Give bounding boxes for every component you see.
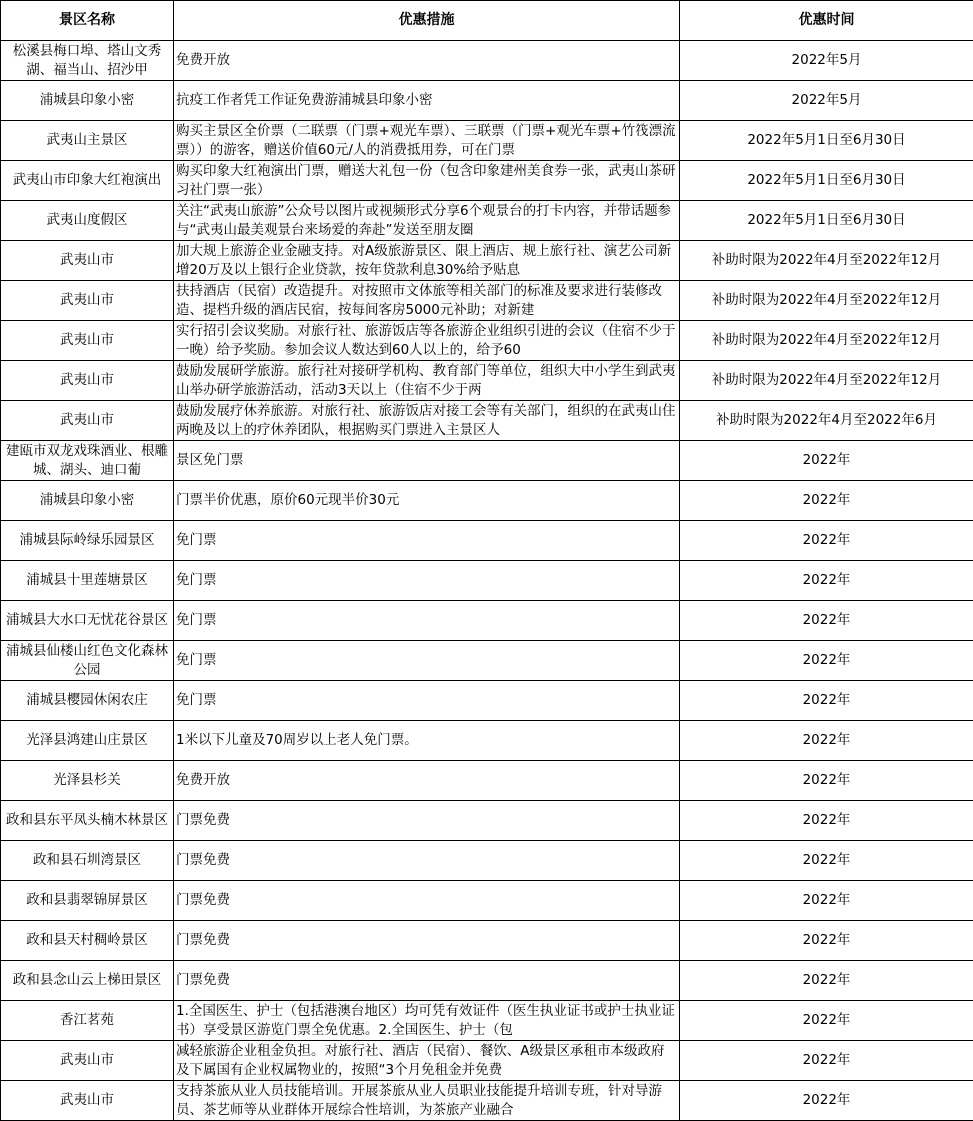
table-row: 武夷山度假区关注“武夷山旅游”公众号以图片或视频形式分享6个观景台的打卡内容，并… (1, 201, 973, 241)
scenic-name-cell: 浦城县十里莲塘景区 (1, 561, 174, 601)
table-row: 武夷山市减轻旅游企业租金负担。对旅行社、酒店（民宿）、餐饮、A级景区承租市本级政… (1, 1041, 973, 1081)
discount-time-cell-text: 2022年 (682, 651, 971, 670)
discount-measure-cell-text: 减轻旅游企业租金负担。对旅行社、酒店（民宿）、餐饮、A级景区承租市本级政府及下属… (176, 1042, 677, 1080)
discount-time-cell: 2022年 (680, 921, 973, 961)
scenic-name-cell: 政和县天村稠岭景区 (1, 921, 174, 961)
discount-time-cell-text: 补助时限为2022年4月至2022年12月 (682, 371, 971, 390)
discount-time-cell-text: 2022年 (682, 931, 971, 950)
scenic-name-cell: 政和县石圳湾景区 (1, 841, 174, 881)
discount-measure-cell: 免门票 (174, 641, 680, 681)
scenic-name-cell: 香江茗苑 (1, 1001, 174, 1041)
discount-time-cell: 2022年 (680, 721, 973, 761)
scenic-name-cell-text: 武夷山市 (3, 1051, 171, 1070)
scenic-name-cell: 政和县念山云上梯田景区 (1, 961, 174, 1001)
scenic-name-cell: 光泽县鸿建山庄景区 (1, 721, 174, 761)
table-row: 浦城县大水口无忧花谷景区免门票2022年 (1, 601, 973, 641)
discount-measure-cell: 购买印象大红袍演出门票，赠送大礼包一份（包含印象建州美食券一张，武夷山茶研习社门… (174, 161, 680, 201)
discount-time-cell-text: 2022年 (682, 531, 971, 550)
discount-table: 景区名称 优惠措施 优惠时间 松溪县梅口埠、塔山文秀湖、福当山、招沙甲免费开放2… (0, 0, 973, 1121)
scenic-name-cell: 浦城县大水口无忧花谷景区 (1, 601, 174, 641)
discount-time-cell-text: 2022年 (682, 731, 971, 750)
discount-measure-cell-text: 鼓励发展研学旅游。旅行社对接研学机构、教育部门等单位，组织大中小学生到武夷山举办… (176, 362, 677, 400)
discount-measure-cell: 减轻旅游企业租金负担。对旅行社、酒店（民宿）、餐饮、A级景区承租市本级政府及下属… (174, 1041, 680, 1081)
scenic-name-cell-text: 政和县天村稠岭景区 (3, 931, 171, 950)
discount-measure-cell-text: 免门票 (176, 611, 677, 630)
discount-time-cell: 2022年 (680, 441, 973, 481)
table-row: 浦城县樱园休闲农庄免门票2022年 (1, 681, 973, 721)
discount-time-cell: 2022年5月1日至6月30日 (680, 121, 973, 161)
discount-time-cell: 2022年5月1日至6月30日 (680, 201, 973, 241)
scenic-name-cell-text: 建瓯市双龙戏珠酒业、根雕城、湖头、迪口葡 (3, 442, 171, 480)
header-row: 景区名称 优惠措施 优惠时间 (1, 1, 973, 41)
scenic-name-cell-text: 武夷山市印象大红袍演出 (3, 171, 171, 190)
discount-measure-cell: 支持茶旅从业人员技能培训。开展茶旅从业人员职业技能提升培训专班，针对导游员、茶艺… (174, 1081, 680, 1121)
discount-time-cell: 2022年 (680, 801, 973, 841)
discount-measure-cell: 门票免费 (174, 961, 680, 1001)
scenic-name-cell-text: 武夷山市 (3, 251, 171, 270)
discount-time-cell: 2022年 (680, 761, 973, 801)
scenic-name-cell: 武夷山度假区 (1, 201, 174, 241)
discount-time-cell-text: 2022年 (682, 1091, 971, 1110)
scenic-name-cell: 武夷山市 (1, 401, 174, 441)
discount-time-cell: 2022年 (680, 601, 973, 641)
scenic-name-cell: 政和县东平凤头楠木林景区 (1, 801, 174, 841)
discount-measure-cell-text: 景区免门票 (176, 451, 677, 470)
scenic-name-cell: 建瓯市双龙戏珠酒业、根雕城、湖头、迪口葡 (1, 441, 174, 481)
table-row: 浦城县仙楼山红色文化森林公园免门票2022年 (1, 641, 973, 681)
discount-time-cell-text: 2022年 (682, 451, 971, 470)
table-row: 浦城县印象小密门票半价优惠，原价60元现半价30元2022年 (1, 481, 973, 521)
header-discount-time: 优惠时间 (680, 1, 973, 41)
discount-time-cell-text: 2022年 (682, 851, 971, 870)
table-row: 武夷山主景区购买主景区全价票（二联票（门票+观光车票）、三联票（门票+观光车票+… (1, 121, 973, 161)
discount-measure-cell-text: 鼓励发展疗休养旅游。对旅行社、旅游饭店对接工会等有关部门，组织的在武夷山住两晚及… (176, 402, 677, 440)
table-row: 香江茗苑1.全国医生、护士（包括港澳台地区）均可凭有效证件（医生执业证书或护士执… (1, 1001, 973, 1041)
discount-measure-cell-text: 关注“武夷山旅游”公众号以图片或视频形式分享6个观景台的打卡内容，并带话题参与“… (176, 202, 677, 240)
discount-time-cell-text: 补助时限为2022年4月至2022年12月 (682, 251, 971, 270)
discount-measure-cell: 门票免费 (174, 841, 680, 881)
table-row: 政和县念山云上梯田景区门票免费2022年 (1, 961, 973, 1001)
scenic-name-cell: 武夷山市印象大红袍演出 (1, 161, 174, 201)
scenic-name-cell-text: 武夷山市 (3, 411, 171, 430)
discount-measure-cell-text: 门票免费 (176, 811, 677, 830)
discount-measure-cell-text: 加大规上旅游企业金融支持。对A级旅游景区、限上酒店、规上旅行社、演艺公司新增20… (176, 242, 677, 280)
discount-measure-cell: 1米以下儿童及70周岁以上老人免门票。 (174, 721, 680, 761)
scenic-name-cell: 浦城县仙楼山红色文化森林公园 (1, 641, 174, 681)
table-body: 松溪县梅口埠、塔山文秀湖、福当山、招沙甲免费开放2022年5月浦城县印象小密抗疫… (1, 41, 973, 1121)
discount-measure-cell-text: 免费开放 (176, 771, 677, 790)
scenic-name-cell: 浦城县印象小密 (1, 81, 174, 121)
scenic-name-cell-text: 浦城县印象小密 (3, 491, 171, 510)
discount-measure-cell: 免门票 (174, 521, 680, 561)
table-row: 政和县石圳湾景区门票免费2022年 (1, 841, 973, 881)
discount-measure-cell-text: 免费开放 (176, 51, 677, 70)
scenic-name-cell-text: 光泽县杉关 (3, 771, 171, 790)
scenic-name-cell-text: 武夷山市 (3, 1091, 171, 1110)
discount-measure-cell-text: 抗疫工作者凭工作证免费游浦城县印象小密 (176, 91, 677, 110)
discount-measure-cell: 鼓励发展研学旅游。旅行社对接研学机构、教育部门等单位，组织大中小学生到武夷山举办… (174, 361, 680, 401)
discount-measure-cell: 购买主景区全价票（二联票（门票+观光车票）、三联票（门票+观光车票+竹筏漂流票）… (174, 121, 680, 161)
table-row: 武夷山市实行招引会议奖励。对旅行社、旅游饭店等各旅游企业组织引进的会议（住宿不少… (1, 321, 973, 361)
discount-measure-cell-text: 扶持酒店（民宿）改造提升。对按照市文体旅等相关部门的标准及要求进行装修改造、提档… (176, 282, 677, 320)
table-row: 光泽县鸿建山庄景区1米以下儿童及70周岁以上老人免门票。2022年 (1, 721, 973, 761)
discount-measure-cell-text: 免门票 (176, 571, 677, 590)
scenic-name-cell: 武夷山主景区 (1, 121, 174, 161)
scenic-name-cell-text: 松溪县梅口埠、塔山文秀湖、福当山、招沙甲 (3, 42, 171, 80)
scenic-name-cell-text: 浦城县际岭绿乐园景区 (3, 531, 171, 550)
scenic-name-cell: 政和县翡翠锦屏景区 (1, 881, 174, 921)
scenic-name-cell-text: 武夷山度假区 (3, 211, 171, 230)
scenic-name-cell: 浦城县樱园休闲农庄 (1, 681, 174, 721)
discount-time-cell: 2022年 (680, 481, 973, 521)
discount-time-cell-text: 2022年 (682, 611, 971, 630)
table-row: 武夷山市鼓励发展疗休养旅游。对旅行社、旅游饭店对接工会等有关部门，组织的在武夷山… (1, 401, 973, 441)
discount-time-cell: 2022年5月1日至6月30日 (680, 161, 973, 201)
scenic-name-cell-text: 香江茗苑 (3, 1011, 171, 1030)
table-row: 松溪县梅口埠、塔山文秀湖、福当山、招沙甲免费开放2022年5月 (1, 41, 973, 81)
discount-time-cell: 补助时限为2022年4月至2022年6月 (680, 401, 973, 441)
scenic-name-cell-text: 武夷山主景区 (3, 131, 171, 150)
discount-measure-cell-text: 购买主景区全价票（二联票（门票+观光车票）、三联票（门票+观光车票+竹筏漂流票）… (176, 122, 677, 160)
scenic-name-cell-text: 浦城县大水口无忧花谷景区 (3, 611, 171, 630)
discount-time-cell: 2022年5月 (680, 41, 973, 81)
discount-measure-cell: 门票半价优惠，原价60元现半价30元 (174, 481, 680, 521)
discount-time-cell: 补助时限为2022年4月至2022年12月 (680, 361, 973, 401)
discount-time-cell: 补助时限为2022年4月至2022年12月 (680, 241, 973, 281)
discount-time-cell-text: 2022年 (682, 1011, 971, 1030)
table-row: 光泽县杉关免费开放2022年 (1, 761, 973, 801)
table-row: 浦城县际岭绿乐园景区免门票2022年 (1, 521, 973, 561)
discount-time-cell-text: 2022年 (682, 571, 971, 590)
discount-time-cell-text: 2022年5月1日至6月30日 (682, 131, 971, 150)
table-row: 浦城县印象小密抗疫工作者凭工作证免费游浦城县印象小密2022年5月 (1, 81, 973, 121)
discount-measure-cell: 免费开放 (174, 761, 680, 801)
scenic-name-cell-text: 浦城县印象小密 (3, 91, 171, 110)
discount-measure-cell: 实行招引会议奖励。对旅行社、旅游饭店等各旅游企业组织引进的会议（住宿不少于一晚）… (174, 321, 680, 361)
discount-measure-cell: 加大规上旅游企业金融支持。对A级旅游景区、限上酒店、规上旅行社、演艺公司新增20… (174, 241, 680, 281)
discount-time-cell-text: 补助时限为2022年4月至2022年12月 (682, 331, 971, 350)
discount-time-cell-text: 2022年 (682, 971, 971, 990)
discount-time-cell: 2022年5月 (680, 81, 973, 121)
discount-measure-cell-text: 门票免费 (176, 851, 677, 870)
discount-measure-cell: 1.全国医生、护士（包括港澳台地区）均可凭有效证件（医生执业证书或护士执业证书）… (174, 1001, 680, 1041)
discount-measure-cell-text: 门票免费 (176, 971, 677, 990)
discount-time-cell-text: 补助时限为2022年4月至2022年12月 (682, 291, 971, 310)
discount-measure-cell-text: 实行招引会议奖励。对旅行社、旅游饭店等各旅游企业组织引进的会议（住宿不少于一晚）… (176, 322, 677, 360)
discount-measure-cell: 抗疫工作者凭工作证免费游浦城县印象小密 (174, 81, 680, 121)
scenic-name-cell: 武夷山市 (1, 241, 174, 281)
discount-time-cell: 2022年 (680, 841, 973, 881)
scenic-name-cell-text: 政和县念山云上梯田景区 (3, 971, 171, 990)
discount-measure-cell-text: 免门票 (176, 691, 677, 710)
discount-time-cell-text: 2022年5月1日至6月30日 (682, 211, 971, 230)
discount-time-cell: 补助时限为2022年4月至2022年12月 (680, 321, 973, 361)
discount-time-cell: 2022年 (680, 641, 973, 681)
scenic-name-cell-text: 浦城县十里莲塘景区 (3, 571, 171, 590)
scenic-name-cell: 浦城县际岭绿乐园景区 (1, 521, 174, 561)
discount-time-cell: 2022年 (680, 521, 973, 561)
scenic-name-cell: 光泽县杉关 (1, 761, 174, 801)
discount-time-cell: 2022年 (680, 561, 973, 601)
discount-measure-cell: 免门票 (174, 601, 680, 641)
scenic-name-cell-text: 政和县翡翠锦屏景区 (3, 891, 171, 910)
discount-time-cell: 2022年 (680, 1041, 973, 1081)
discount-time-cell-text: 2022年 (682, 491, 971, 510)
discount-time-cell: 补助时限为2022年4月至2022年12月 (680, 281, 973, 321)
discount-measure-cell-text: 购买印象大红袍演出门票，赠送大礼包一份（包含印象建州美食券一张，武夷山茶研习社门… (176, 162, 677, 200)
discount-measure-cell: 关注“武夷山旅游”公众号以图片或视频形式分享6个观景台的打卡内容，并带话题参与“… (174, 201, 680, 241)
scenic-name-cell-text: 浦城县仙楼山红色文化森林公园 (3, 642, 171, 680)
table-row: 武夷山市印象大红袍演出购买印象大红袍演出门票，赠送大礼包一份（包含印象建州美食券… (1, 161, 973, 201)
scenic-name-cell: 武夷山市 (1, 1041, 174, 1081)
discount-time-cell: 2022年 (680, 681, 973, 721)
discount-measure-cell: 门票免费 (174, 801, 680, 841)
discount-measure-cell-text: 门票免费 (176, 891, 677, 910)
discount-measure-cell: 免费开放 (174, 41, 680, 81)
discount-measure-cell: 鼓励发展疗休养旅游。对旅行社、旅游饭店对接工会等有关部门，组织的在武夷山住两晚及… (174, 401, 680, 441)
scenic-name-cell: 武夷山市 (1, 321, 174, 361)
table-row: 政和县东平凤头楠木林景区门票免费2022年 (1, 801, 973, 841)
discount-time-cell-text: 2022年 (682, 691, 971, 710)
scenic-name-cell-text: 武夷山市 (3, 331, 171, 350)
discount-measure-cell: 免门票 (174, 681, 680, 721)
discount-time-cell-text: 2022年 (682, 891, 971, 910)
scenic-name-cell: 浦城县印象小密 (1, 481, 174, 521)
discount-measure-cell-text: 1.全国医生、护士（包括港澳台地区）均可凭有效证件（医生执业证书或护士执业证书）… (176, 1002, 677, 1040)
discount-time-cell: 2022年 (680, 1081, 973, 1121)
table-row: 建瓯市双龙戏珠酒业、根雕城、湖头、迪口葡景区免门票2022年 (1, 441, 973, 481)
table-row: 浦城县十里莲塘景区免门票2022年 (1, 561, 973, 601)
scenic-name-cell: 武夷山市 (1, 361, 174, 401)
scenic-name-cell-text: 光泽县鸿建山庄景区 (3, 731, 171, 750)
discount-measure-cell: 免门票 (174, 561, 680, 601)
scenic-name-cell-text: 浦城县樱园休闲农庄 (3, 691, 171, 710)
discount-time-cell-text: 2022年 (682, 771, 971, 790)
discount-measure-cell-text: 支持茶旅从业人员技能培训。开展茶旅从业人员职业技能提升培训专班，针对导游员、茶艺… (176, 1082, 677, 1120)
discount-time-cell-text: 2022年 (682, 1051, 971, 1070)
scenic-name-cell-text: 政和县东平凤头楠木林景区 (3, 811, 171, 830)
scenic-name-cell-text: 武夷山市 (3, 291, 171, 310)
table-row: 武夷山市支持茶旅从业人员技能培训。开展茶旅从业人员职业技能提升培训专班，针对导游… (1, 1081, 973, 1121)
scenic-name-cell: 武夷山市 (1, 281, 174, 321)
discount-time-cell: 2022年 (680, 1001, 973, 1041)
scenic-name-cell: 武夷山市 (1, 1081, 174, 1121)
discount-time-cell: 2022年 (680, 881, 973, 921)
discount-measure-cell: 扶持酒店（民宿）改造提升。对按照市文体旅等相关部门的标准及要求进行装修改造、提档… (174, 281, 680, 321)
scenic-name-cell-text: 武夷山市 (3, 371, 171, 390)
discount-measure-cell: 门票免费 (174, 881, 680, 921)
discount-measure-cell-text: 免门票 (176, 651, 677, 670)
discount-measure-cell: 门票免费 (174, 921, 680, 961)
discount-time-cell-text: 2022年 (682, 811, 971, 830)
discount-time-cell-text: 2022年5月1日至6月30日 (682, 171, 971, 190)
discount-measure-cell-text: 门票半价优惠，原价60元现半价30元 (176, 491, 677, 510)
table-row: 武夷山市加大规上旅游企业金融支持。对A级旅游景区、限上酒店、规上旅行社、演艺公司… (1, 241, 973, 281)
table-row: 武夷山市扶持酒店（民宿）改造提升。对按照市文体旅等相关部门的标准及要求进行装修改… (1, 281, 973, 321)
discount-time-cell-text: 补助时限为2022年4月至2022年6月 (682, 411, 971, 430)
scenic-name-cell: 松溪县梅口埠、塔山文秀湖、福当山、招沙甲 (1, 41, 174, 81)
header-scenic-name: 景区名称 (1, 1, 174, 41)
scenic-name-cell-text: 政和县石圳湾景区 (3, 851, 171, 870)
discount-time-cell-text: 2022年5月 (682, 51, 971, 70)
discount-measure-cell-text: 1米以下儿童及70周岁以上老人免门票。 (176, 731, 677, 750)
discount-time-cell-text: 2022年5月 (682, 91, 971, 110)
table-row: 政和县天村稠岭景区门票免费2022年 (1, 921, 973, 961)
header-discount-measure: 优惠措施 (174, 1, 680, 41)
discount-measure-cell-text: 免门票 (176, 531, 677, 550)
table-row: 政和县翡翠锦屏景区门票免费2022年 (1, 881, 973, 921)
table-row: 武夷山市鼓励发展研学旅游。旅行社对接研学机构、教育部门等单位，组织大中小学生到武… (1, 361, 973, 401)
discount-measure-cell: 景区免门票 (174, 441, 680, 481)
discount-measure-cell-text: 门票免费 (176, 931, 677, 950)
discount-time-cell: 2022年 (680, 961, 973, 1001)
